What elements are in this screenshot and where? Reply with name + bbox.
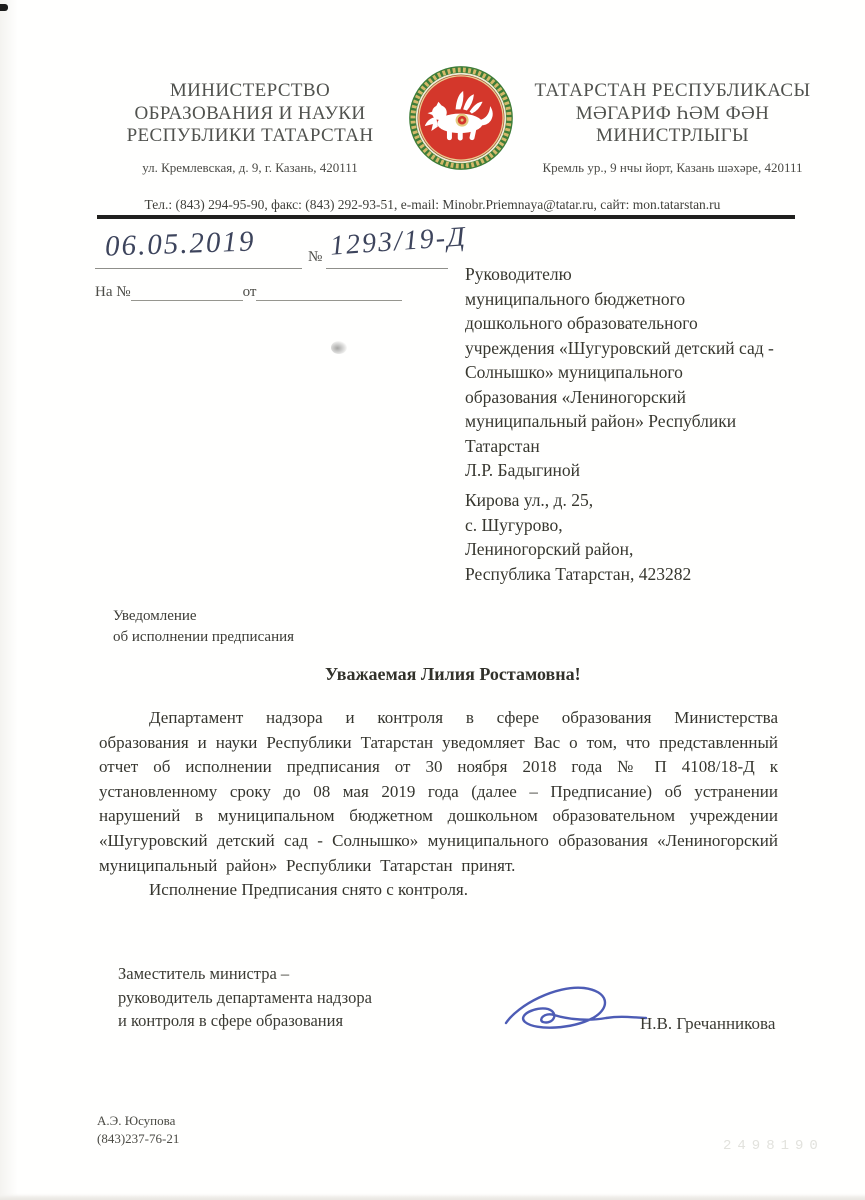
subject-block: Уведомление об исполнении предписания [113, 606, 294, 648]
recipient-line: муниципальный район» Республики [465, 409, 843, 434]
recipient-line: Руководителю [465, 262, 843, 287]
recipient-block: Руководителю муниципального бюджетного д… [465, 262, 843, 483]
salutation: Уважаемая Лилия Ростамовна! [325, 664, 581, 685]
faint-registration-number: 2498190 [723, 1138, 824, 1154]
signer-position-line: Заместитель министра – [118, 962, 448, 986]
org-title-tat-line1: ТАТАРСТАН РЕСПУБЛИКАСЫ [495, 80, 850, 103]
org-address-tat: Кремль ур., 9 нчы йорт, Казань шәхәре, 4… [495, 160, 850, 176]
executor-block: А.Э. Юсупова (843)237-76-21 [97, 1112, 179, 1148]
body-paragraph-2: Исполнение Предписания снято с контроля. [99, 878, 778, 903]
recipient-address-line: Кирова ул., д. 25, [465, 488, 843, 513]
recipient-address-line: Республика Татарстан, 423282 [465, 562, 843, 587]
recipient-line: муниципального бюджетного [465, 287, 843, 312]
subject-line1: Уведомление [113, 606, 294, 627]
recipient-line: образования «Лениногорский [465, 385, 843, 410]
executor-phone: (843)237-76-21 [97, 1130, 179, 1148]
header-rule [97, 215, 795, 219]
recipient-address-line: с. Шугурово, [465, 513, 843, 538]
org-address-ru: ул. Кремлевская, д. 9, г. Казань, 420111 [85, 160, 415, 176]
scan-speck [0, 4, 8, 11]
org-title-tat: ТАТАРСТАН РЕСПУБЛИКАСЫ МӘГАРИФ ҺӘМ ФӘН М… [495, 80, 850, 148]
signer-position: Заместитель министра – руководитель депа… [118, 962, 448, 1033]
reply-number-blank [131, 285, 243, 301]
subject-line2: об исполнении предписания [113, 627, 294, 648]
body-paragraph-1: Департамент надзора и контроля в сфере о… [99, 706, 778, 878]
ink-smudge [331, 341, 347, 354]
org-title-ru-line2: ОБРАЗОВАНИЯ И НАУКИ [85, 103, 415, 126]
executor-name: А.Э. Юсупова [97, 1112, 179, 1130]
letter-page: МИНИСТЕРСТВО ОБРАЗОВАНИЯ И НАУКИ РЕСПУБЛ… [0, 0, 865, 1200]
number-underline [326, 232, 448, 269]
org-title-ru: МИНИСТЕРСТВО ОБРАЗОВАНИЯ И НАУКИ РЕСПУБЛ… [85, 80, 415, 148]
reply-prefix-label: На № [95, 284, 131, 300]
org-title-tat-line3: МИНИСТРЛЫГЫ [495, 125, 850, 148]
recipient-line: Л.Р. Бадыгиной [465, 458, 843, 483]
signer-name: Н.В. Гречанникова [640, 1014, 775, 1034]
date-underline [95, 232, 302, 269]
recipient-address-block: Кирова ул., д. 25, с. Шугурово, Лениного… [465, 488, 843, 586]
signer-position-line: руководитель департамента надзора [118, 986, 448, 1010]
recipient-line: учреждения «Шугуровский детский сад - [465, 336, 843, 361]
reply-date-blank [256, 285, 402, 301]
body-text: Департамент надзора и контроля в сфере о… [99, 706, 778, 903]
org-title-ru-line3: РЕСПУБЛИКИ ТАТАРСТАН [85, 125, 415, 148]
org-title-ru-line1: МИНИСТЕРСТВО [85, 80, 415, 103]
reply-from-label: от [243, 284, 257, 300]
signer-position-line: и контроля в сфере образования [118, 1009, 448, 1033]
number-sign-label: № [308, 249, 322, 266]
recipient-line: Татарстан [465, 434, 843, 459]
scan-edge [0, 1195, 865, 1200]
recipient-line: Солнышко» муниципального [465, 360, 843, 385]
reply-reference-row: На №от [95, 284, 402, 301]
contact-line: Тел.: (843) 294-95-90, факс: (843) 292-9… [0, 197, 865, 213]
org-title-tat-line2: МӘГАРИФ ҺӘМ ФӘН [495, 103, 850, 126]
recipient-line: дошкольного образовательного [465, 311, 843, 336]
recipient-address-line: Лениногорский район, [465, 537, 843, 562]
